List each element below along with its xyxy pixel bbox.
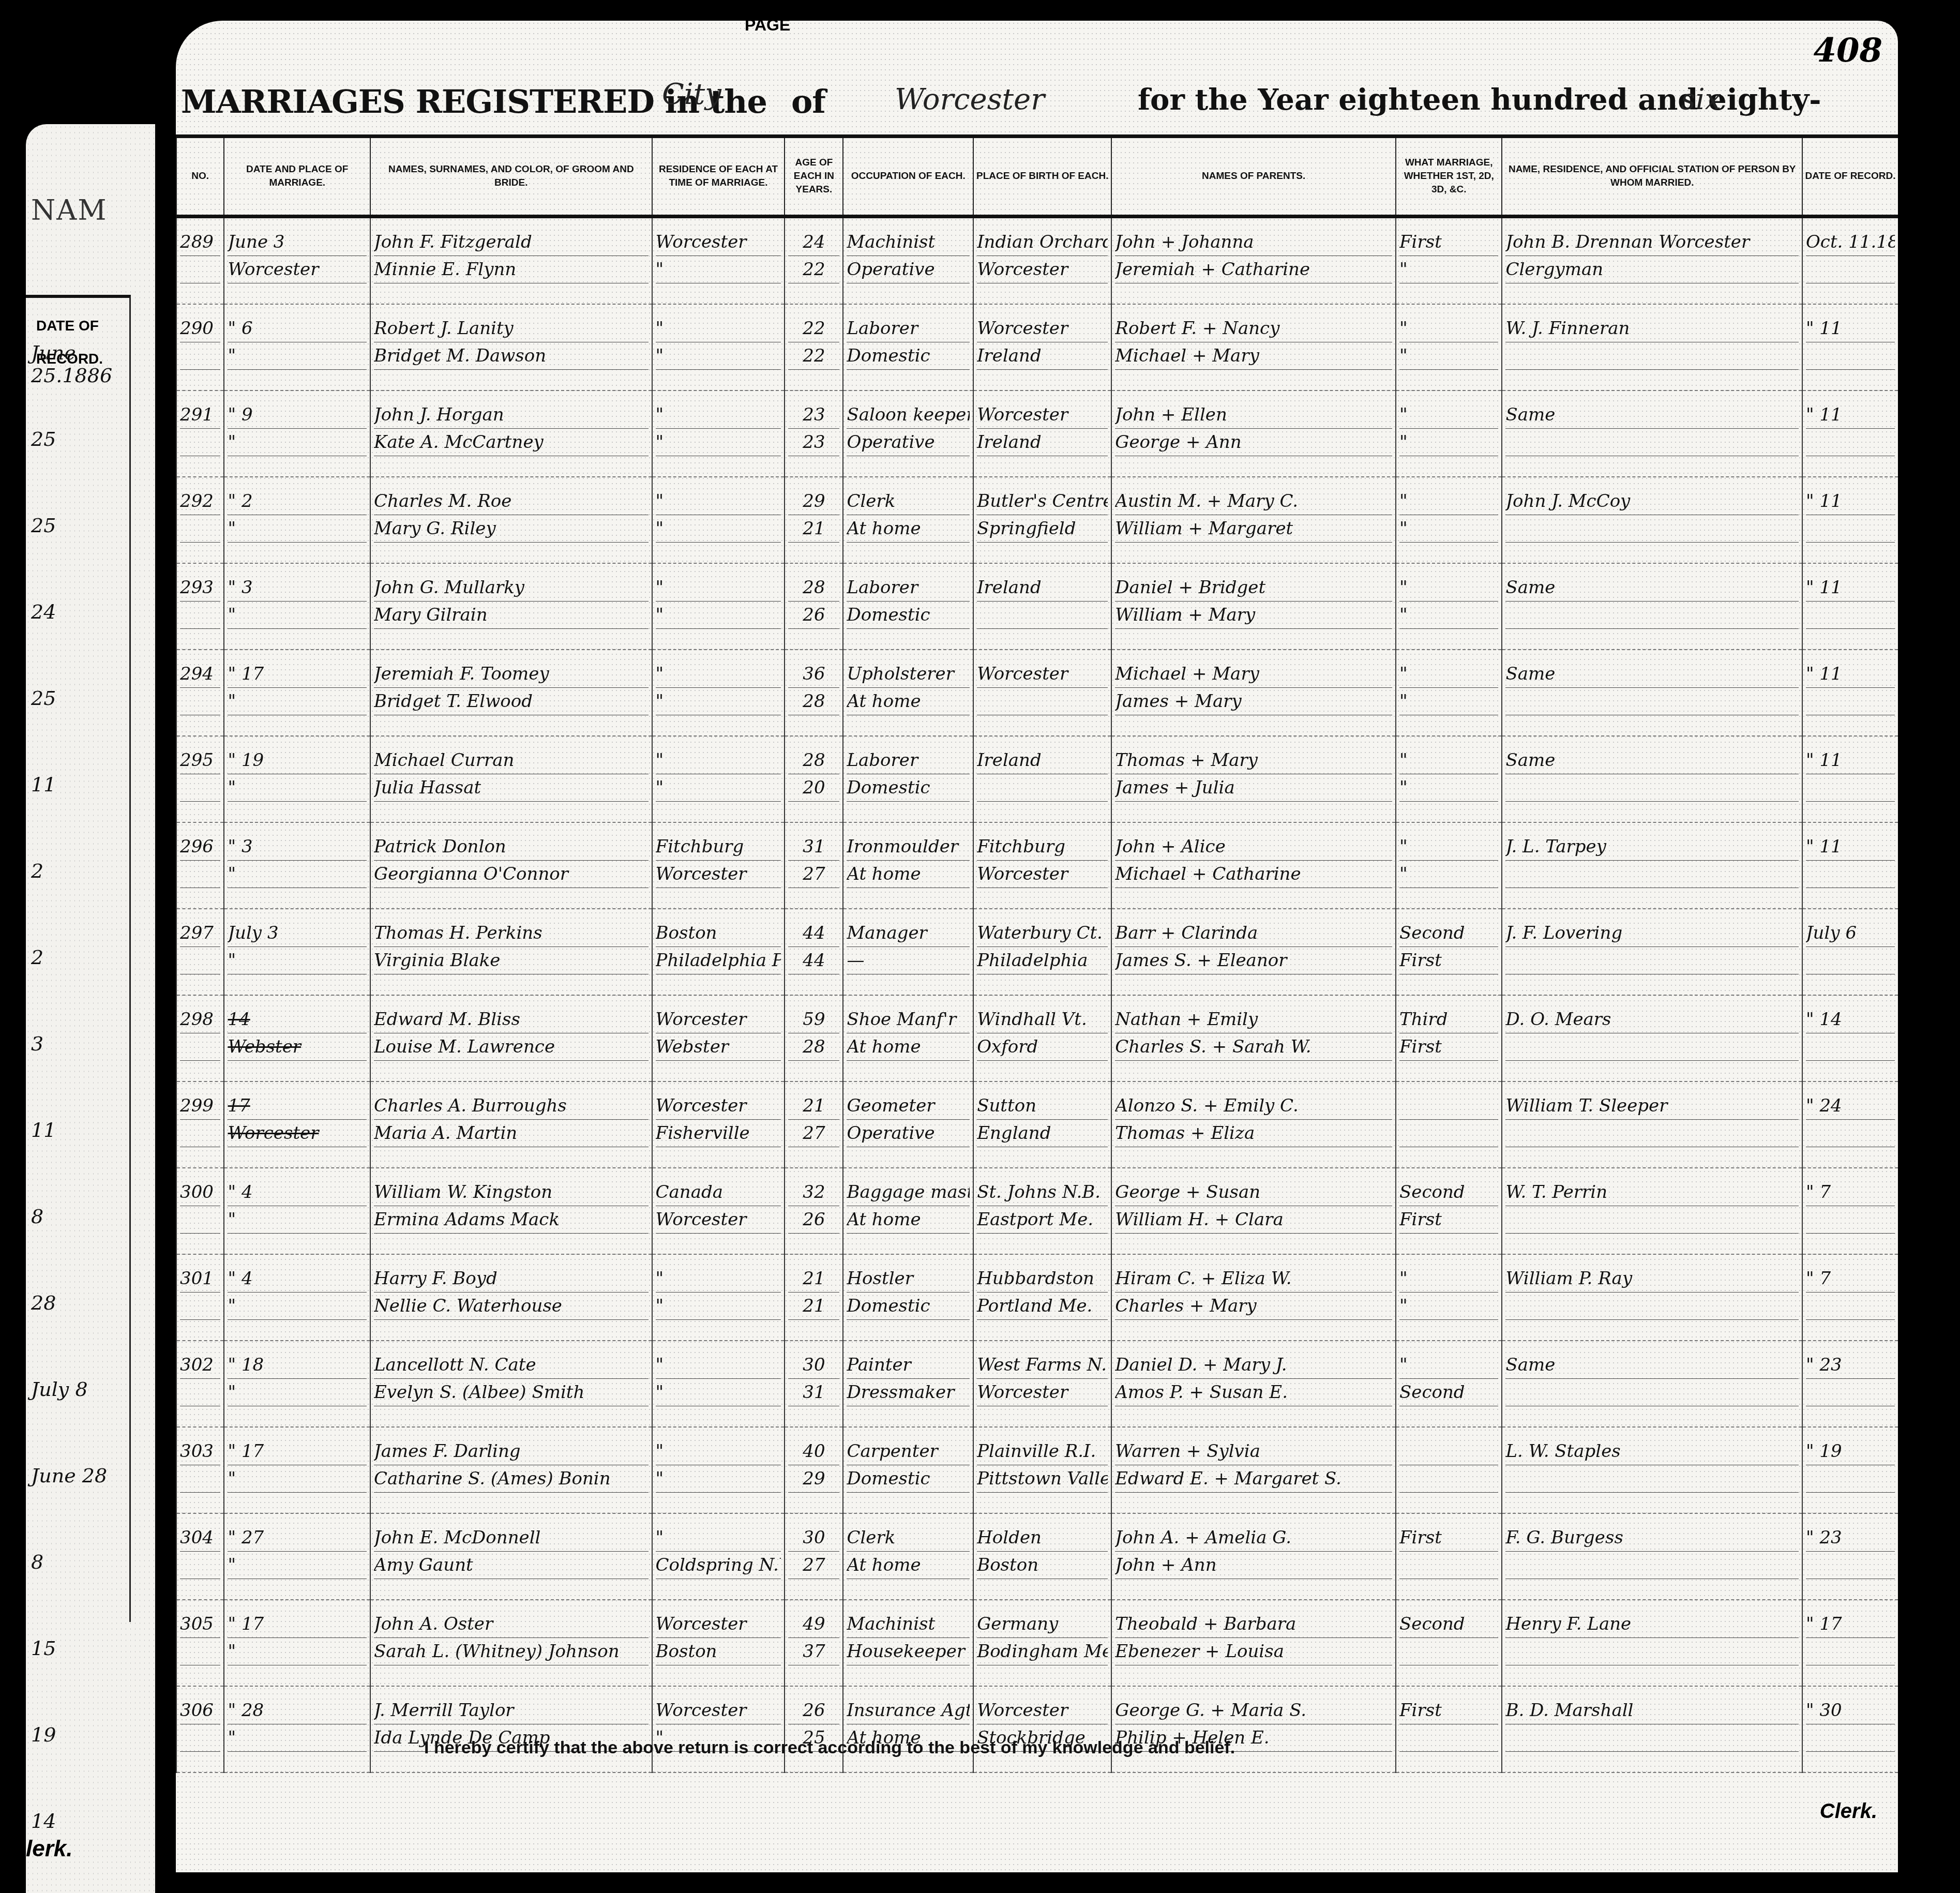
record-date-line-2 (1806, 256, 1895, 283)
cell-entry-number: 303 (176, 1427, 224, 1513)
residence-line-1: " (656, 488, 781, 515)
names-line-1: John E. McDonnell (374, 1524, 649, 1552)
table-row: 289June 3WorcesterJohn F. FitzgeraldMinn… (176, 217, 1898, 305)
cell-age: 2222 (785, 304, 843, 390)
occupation-line-2: Domestic (847, 342, 970, 370)
cell-what-marriage: "" (1396, 563, 1502, 650)
cell-birthplace: Waterbury Ct.Philadelphia (973, 909, 1111, 995)
left-page-record-date: 11 (31, 773, 56, 796)
cell-residence: "" (652, 563, 785, 650)
record-date-line-2 (1806, 861, 1895, 888)
date-place-line-1: " 4 (228, 1265, 367, 1293)
cell-parents: Hiram C. + Eliza W.Charles + Mary (1111, 1254, 1396, 1341)
entry-number-line-2 (180, 1638, 220, 1665)
table-row: 296" 3"Patrick DonlonGeorgianna O'Connor… (176, 822, 1898, 909)
what-marriage-line-1: " (1399, 315, 1498, 342)
cell-names: Robert J. LanityBridget M. Dawson (370, 304, 652, 390)
names-line-2: Maria A. Martin (374, 1120, 649, 1147)
parents-line-1: Barr + Clarinda (1115, 920, 1392, 947)
date-place-line-2: " (228, 1552, 367, 1579)
age-line-2: 22 (788, 256, 839, 283)
col-header-no: No. (176, 137, 224, 217)
date-place-line-1: " 17 (228, 660, 367, 688)
age-line-1: 30 (788, 1524, 839, 1552)
birthplace-line-2: Springfield (977, 515, 1108, 543)
cell-occupation: LaborerDomestic (843, 563, 973, 650)
left-page-record-date: 14 (31, 1810, 56, 1832)
cell-record-date: July 6 (1802, 909, 1898, 995)
occupation-line-2: Domestic (847, 1293, 970, 1320)
entry-number-line-2 (180, 256, 220, 283)
left-page-title-fragment: NAM (31, 194, 108, 227)
age-line-2: 26 (788, 602, 839, 629)
entry-number-line-1: 299 (180, 1092, 220, 1120)
left-page-record-date: 2 (31, 860, 43, 882)
date-place-line-2: " (228, 861, 367, 888)
age-line-2: 28 (788, 688, 839, 715)
names-line-1: Robert J. Lanity (374, 315, 649, 342)
cell-birthplace: SuttonEngland (973, 1081, 1111, 1168)
cell-names: Jeremiah F. ToomeyBridget T. Elwood (370, 650, 652, 736)
cell-birthplace: HubbardstonPortland Me. (973, 1254, 1111, 1341)
cell-date-place: " 3" (224, 822, 370, 909)
what-marriage-line-1: " (1399, 747, 1498, 774)
occupation-line-1: Machinist (847, 229, 970, 256)
residence-line-1: " (656, 747, 781, 774)
date-place-line-1: June 3 (228, 229, 367, 256)
what-marriage-line-2: " (1399, 602, 1498, 629)
names-line-1: Charles A. Burroughs (374, 1092, 649, 1120)
cell-age: 3127 (785, 822, 843, 909)
cell-parents: George + SusanWilliam H. + Clara (1111, 1168, 1396, 1254)
cell-age: 2323 (785, 390, 843, 477)
date-place-line-1: " 2 (228, 488, 367, 515)
cell-parents: Austin M. + Mary C.William + Margaret (1111, 477, 1396, 563)
cell-parents: Thomas + MaryJames + Julia (1111, 736, 1396, 822)
cell-record-date: " 11 (1802, 304, 1898, 390)
officiant-line-2 (1505, 947, 1799, 974)
officiant-line-2 (1505, 1638, 1799, 1665)
cell-entry-number: 296 (176, 822, 224, 909)
officiant-line-2 (1505, 602, 1799, 629)
what-marriage-line-1: Second (1399, 1611, 1498, 1638)
table-header-row: No. Date and Place of Marriage. Names, S… (176, 137, 1898, 217)
entry-number-line-2 (180, 947, 220, 974)
cell-names: John E. McDonnellAmy Gaunt (370, 1513, 652, 1600)
left-page-record-date: 11 (31, 1119, 56, 1141)
residence-line-1: Worcester (656, 1611, 781, 1638)
officiant-line-2 (1505, 429, 1799, 456)
date-place-line-2: " (228, 1293, 367, 1320)
what-marriage-line-2: Second (1399, 1379, 1498, 1406)
occupation-line-1: Carpenter (847, 1438, 970, 1465)
birthplace-line-2: Bodingham Me. (977, 1638, 1108, 1665)
cell-date-place: 14Webster (224, 995, 370, 1081)
table-row: 303" 17"James F. DarlingCatharine S. (Am… (176, 1427, 1898, 1513)
age-line-1: 24 (788, 229, 839, 256)
birthplace-line-1: Indian Orchard (977, 229, 1108, 256)
date-place-line-2: " (228, 1206, 367, 1234)
cell-names: William W. KingstonErmina Adams Mack (370, 1168, 652, 1254)
residence-line-1: Worcester (656, 1092, 781, 1120)
entry-number-line-2 (180, 429, 220, 456)
col-header-what-marriage: What Marriage, Whether 1st, 2d, 3d, &c. (1396, 137, 1502, 217)
table-row: 304" 27"John E. McDonnellAmy Gaunt"Colds… (176, 1513, 1898, 1600)
occupation-line-1: Laborer (847, 574, 970, 602)
officiant-line-1: W. T. Perrin (1505, 1179, 1799, 1206)
what-marriage-line-2 (1399, 1724, 1498, 1752)
record-date-line-1: " 19 (1806, 1438, 1895, 1465)
cell-occupation: GeometerOperative (843, 1081, 973, 1168)
cell-occupation: MachinistHousekeeper (843, 1600, 973, 1686)
record-date-line-2 (1806, 1033, 1895, 1061)
age-line-2: 31 (788, 1379, 839, 1406)
birthplace-line-2: Ireland (977, 342, 1108, 370)
cell-date-place: " 9" (224, 390, 370, 477)
occupation-line-1: Painter (847, 1351, 970, 1379)
cell-what-marriage (1396, 1427, 1502, 1513)
parents-line-2: Edward E. + Margaret S. (1115, 1465, 1392, 1493)
officiant-line-1: William T. Sleeper (1505, 1092, 1799, 1120)
cell-residence: "" (652, 1254, 785, 1341)
marriage-register-table: No. Date and Place of Marriage. Names, S… (176, 134, 1898, 1773)
date-place-line-1: 17 (228, 1092, 367, 1120)
folio-number: 408 (1813, 31, 1882, 70)
cell-what-marriage: SecondFirst (1396, 1168, 1502, 1254)
what-marriage-line-1: First (1399, 1524, 1498, 1552)
cell-parents: John + JohannaJeremiah + Catharine (1111, 217, 1396, 305)
age-line-2: 44 (788, 947, 839, 974)
cell-officiant: Same (1502, 736, 1802, 822)
names-line-2: Ermina Adams Mack (374, 1206, 649, 1234)
cell-birthplace: WorcesterStockbridge (973, 1686, 1111, 1772)
record-date-line-1: " 11 (1806, 488, 1895, 515)
left-page-record-date: 15 (31, 1637, 56, 1660)
cell-residence: "" (652, 304, 785, 390)
officiant-line-2: Clergyman (1505, 256, 1799, 283)
left-page-record-date: July 8 (31, 1378, 88, 1401)
residence-line-1: " (656, 574, 781, 602)
what-marriage-line-2 (1399, 1638, 1498, 1665)
cell-occupation: Baggage masterAt home (843, 1168, 973, 1254)
date-place-line-2: " (228, 1638, 367, 1665)
birthplace-line-1: Sutton (977, 1092, 1108, 1120)
cell-birthplace: WorcesterIreland (973, 304, 1111, 390)
names-line-2: Catharine S. (Ames) Bonin (374, 1465, 649, 1493)
age-line-2: 21 (788, 515, 839, 543)
names-line-1: Harry F. Boyd (374, 1265, 649, 1293)
cell-date-place: " 27" (224, 1513, 370, 1600)
officiant-line-1: John B. Drennan Worcester (1505, 229, 1799, 256)
parents-line-2: Charles + Mary (1115, 1293, 1392, 1320)
officiant-line-1: Same (1505, 660, 1799, 688)
record-date-line-1: " 23 (1806, 1351, 1895, 1379)
cell-occupation: Manager— (843, 909, 973, 995)
cell-parents: George G. + Maria S.Philip + Helen E. (1111, 1686, 1396, 1772)
cell-what-marriage: "" (1396, 1254, 1502, 1341)
cell-date-place: 17Worcester (224, 1081, 370, 1168)
col-header-residence: Residence of each at time of Marriage. (652, 137, 785, 217)
entry-number-line-2 (180, 861, 220, 888)
cell-entry-number: 292 (176, 477, 224, 563)
record-date-line-2 (1806, 1465, 1895, 1493)
cell-officiant: Same (1502, 563, 1802, 650)
parents-line-1: John + Alice (1115, 833, 1392, 861)
entry-number-line-1: 304 (180, 1524, 220, 1552)
cell-date-place: " 3" (224, 563, 370, 650)
date-place-line-2: Worcester (228, 256, 367, 283)
occupation-line-1: Insurance Agt. (847, 1697, 970, 1724)
col-header-occupation: Occupation of each. (843, 137, 973, 217)
what-marriage-line-1: First (1399, 1697, 1498, 1724)
cell-record-date: " 30 (1802, 1686, 1898, 1772)
record-date-line-2 (1806, 947, 1895, 974)
birthplace-line-2: Ireland (977, 429, 1108, 456)
age-line-2: 29 (788, 1465, 839, 1493)
cell-entry-number: 304 (176, 1513, 224, 1600)
officiant-line-1: B. D. Marshall (1505, 1697, 1799, 1724)
date-place-line-1: " 19 (228, 747, 367, 774)
cell-entry-number: 293 (176, 563, 224, 650)
names-line-1: John A. Oster (374, 1611, 649, 1638)
cell-occupation: Shoe Manf'rAt home (843, 995, 973, 1081)
date-place-line-1: July 3 (228, 920, 367, 947)
cell-officiant: Same (1502, 650, 1802, 736)
what-marriage-line-1: " (1399, 833, 1498, 861)
cell-birthplace: West Farms N.Y.Worcester (973, 1341, 1111, 1427)
cell-age: 2625 (785, 1686, 843, 1772)
parents-line-1: Michael + Mary (1115, 660, 1392, 688)
officiant-line-2 (1505, 861, 1799, 888)
cell-record-date: " 17 (1802, 1600, 1898, 1686)
occupation-line-2: Operative (847, 1120, 970, 1147)
cell-age: 2820 (785, 736, 843, 822)
officiant-line-1: J. F. Lovering (1505, 920, 1799, 947)
cell-residence: WorcesterWebster (652, 995, 785, 1081)
cell-parents: Alonzo S. + Emily C.Thomas + Eliza (1111, 1081, 1396, 1168)
entry-number-line-1: 300 (180, 1179, 220, 1206)
record-date-line-1: " 7 (1806, 1265, 1895, 1293)
parents-line-2: William + Margaret (1115, 515, 1392, 543)
cell-occupation: Insurance Agt.At home (843, 1686, 973, 1772)
record-date-line-1: " 11 (1806, 747, 1895, 774)
names-line-1: Lancellott N. Cate (374, 1351, 649, 1379)
cell-what-marriage: ThirdFirst (1396, 995, 1502, 1081)
cell-officiant: J. F. Lovering (1502, 909, 1802, 995)
residence-line-1: Boston (656, 920, 781, 947)
cell-names: J. Merrill TaylorIda Lynde De Camp (370, 1686, 652, 1772)
age-line-1: 49 (788, 1611, 839, 1638)
parents-line-2: Ebenezer + Louisa (1115, 1638, 1392, 1665)
cell-record-date: " 7 (1802, 1168, 1898, 1254)
parents-line-1: George G. + Maria S. (1115, 1697, 1392, 1724)
age-line-1: 28 (788, 574, 839, 602)
officiant-line-1: Same (1505, 401, 1799, 429)
table-row: 300" 4"William W. KingstonErmina Adams M… (176, 1168, 1898, 1254)
date-place-line-2: Worcester (228, 1120, 367, 1147)
cell-names: James F. DarlingCatharine S. (Ames) Boni… (370, 1427, 652, 1513)
record-date-line-2 (1806, 774, 1895, 802)
cell-occupation: ClerkAt home (843, 1513, 973, 1600)
cell-entry-number: 297 (176, 909, 224, 995)
cell-names: John A. OsterSarah L. (Whitney) Johnson (370, 1600, 652, 1686)
cell-entry-number: 305 (176, 1600, 224, 1686)
names-line-2: Virginia Blake (374, 947, 649, 974)
what-marriage-line-1: " (1399, 1265, 1498, 1293)
parents-line-2: Jeremiah + Catharine (1115, 256, 1392, 283)
cell-age: 4029 (785, 1427, 843, 1513)
cell-birthplace: Plainville R.I.Pittstown Valley (973, 1427, 1111, 1513)
birthplace-line-2: Portland Me. (977, 1293, 1108, 1320)
names-line-1: John F. Fitzgerald (374, 229, 649, 256)
cell-officiant: W. J. Finneran (1502, 304, 1802, 390)
cell-what-marriage: First (1396, 1686, 1502, 1772)
birthplace-line-1: Worcester (977, 1697, 1108, 1724)
cell-officiant: F. G. Burgess (1502, 1513, 1802, 1600)
cell-parents: Nathan + EmilyCharles S. + Sarah W. (1111, 995, 1396, 1081)
entry-number-line-1: 306 (180, 1697, 220, 1724)
age-line-1: 30 (788, 1351, 839, 1379)
entry-number-line-2 (180, 602, 220, 629)
cell-names: John J. HorganKate A. McCartney (370, 390, 652, 477)
residence-line-2: " (656, 1465, 781, 1493)
cell-record-date: " 11 (1802, 477, 1898, 563)
entry-number-line-1: 295 (180, 747, 220, 774)
what-marriage-line-2: " (1399, 342, 1498, 370)
cell-occupation: LaborerDomestic (843, 736, 973, 822)
left-page-clerk-fragment: lerk. (26, 1836, 73, 1862)
cell-parents: John + AliceMichael + Catharine (1111, 822, 1396, 909)
cell-residence: "" (652, 477, 785, 563)
what-marriage-line-2: " (1399, 774, 1498, 802)
residence-line-1: " (656, 1351, 781, 1379)
age-line-2: 21 (788, 1293, 839, 1320)
cell-parents: Michael + MaryJames + Mary (1111, 650, 1396, 736)
entry-number-line-2 (180, 1465, 220, 1493)
occupation-line-2: — (847, 947, 970, 974)
date-place-line-2: " (228, 1379, 367, 1406)
left-page-record-date: 8 (31, 1205, 43, 1228)
residence-line-1: " (656, 1524, 781, 1552)
cell-residence: CanadaWorcester (652, 1168, 785, 1254)
residence-line-2: " (656, 1293, 781, 1320)
names-line-1: Edward M. Bliss (374, 1006, 649, 1033)
cell-record-date: " 11 (1802, 736, 1898, 822)
cell-officiant: L. W. Staples (1502, 1427, 1802, 1513)
cell-names: Patrick DonlonGeorgianna O'Connor (370, 822, 652, 909)
age-line-1: 31 (788, 833, 839, 861)
officiant-line-2 (1505, 1206, 1799, 1234)
birthplace-line-1: Butler's Centre N.Y. (977, 488, 1108, 515)
cell-age: 2826 (785, 563, 843, 650)
occupation-line-1: Clerk (847, 1524, 970, 1552)
cell-age: 3031 (785, 1341, 843, 1427)
names-line-1: Thomas H. Perkins (374, 920, 649, 947)
cell-officiant: John B. Drennan WorcesterClergyman (1502, 217, 1802, 305)
age-line-1: 26 (788, 1697, 839, 1724)
age-line-1: 44 (788, 920, 839, 947)
cell-officiant: Henry F. Lane (1502, 1600, 1802, 1686)
cell-date-place: " 2" (224, 477, 370, 563)
names-line-2: Bridget M. Dawson (374, 342, 649, 370)
cell-parents: Robert F. + NancyMichael + Mary (1111, 304, 1396, 390)
birthplace-line-2 (977, 774, 1108, 802)
officiant-line-2 (1505, 1724, 1799, 1752)
table-row: 293" 3"John G. MullarkyMary Gilrain""282… (176, 563, 1898, 650)
birthplace-line-1: Windhall Vt. (977, 1006, 1108, 1033)
date-place-line-1: " 28 (228, 1697, 367, 1724)
cell-date-place: " 4" (224, 1168, 370, 1254)
title-city: Worcester (895, 83, 1045, 116)
cell-birthplace: Butler's Centre N.Y.Springfield (973, 477, 1111, 563)
occupation-line-1: Baggage master (847, 1179, 970, 1206)
names-line-1: J. Merrill Taylor (374, 1697, 649, 1724)
residence-line-1: " (656, 401, 781, 429)
cell-date-place: July 3" (224, 909, 370, 995)
what-marriage-line-1: " (1399, 1351, 1498, 1379)
cell-names: Lancellott N. CateEvelyn S. (Albee) Smit… (370, 1341, 652, 1427)
cell-residence: "" (652, 1341, 785, 1427)
cell-names: Michael CurranJulia Hassat (370, 736, 652, 822)
names-line-2: Minnie E. Flynn (374, 256, 649, 283)
left-page-record-date: 24 (31, 600, 56, 623)
occupation-line-1: Upholsterer (847, 660, 970, 688)
date-place-line-1: " 3 (228, 574, 367, 602)
cell-officiant: B. D. Marshall (1502, 1686, 1802, 1772)
age-line-2: 27 (788, 861, 839, 888)
col-header-date-place: Date and Place of Marriage. (224, 137, 370, 217)
birthplace-line-1: West Farms N.Y. (977, 1351, 1108, 1379)
cell-birthplace: GermanyBodingham Me. (973, 1600, 1111, 1686)
cell-birthplace: Ireland (973, 736, 1111, 822)
officiant-line-1: F. G. Burgess (1505, 1524, 1799, 1552)
residence-line-2: " (656, 342, 781, 370)
cell-birthplace: HoldenBoston (973, 1513, 1111, 1600)
cell-residence: Worcester" (652, 1686, 785, 1772)
birthplace-line-1: Worcester (977, 315, 1108, 342)
age-line-1: 32 (788, 1179, 839, 1206)
residence-line-1: " (656, 315, 781, 342)
cell-date-place: " 17" (224, 1427, 370, 1513)
what-marriage-line-2: " (1399, 1293, 1498, 1320)
cell-parents: Theobald + BarbaraEbenezer + Louisa (1111, 1600, 1396, 1686)
occupation-line-1: Saloon keeper (847, 401, 970, 429)
age-line-2: 26 (788, 1206, 839, 1234)
entry-number-line-1: 294 (180, 660, 220, 688)
residence-line-2: " (656, 515, 781, 543)
birthplace-line-2: Worcester (977, 256, 1108, 283)
age-line-2: 27 (788, 1120, 839, 1147)
cell-record-date: " 7 (1802, 1254, 1898, 1341)
officiant-line-2 (1505, 1379, 1799, 1406)
date-place-line-1: " 18 (228, 1351, 367, 1379)
cell-occupation: IronmoulderAt home (843, 822, 973, 909)
officiant-line-2 (1505, 515, 1799, 543)
left-page-record-date: 25 (31, 687, 56, 710)
entry-number-line-2 (180, 688, 220, 715)
what-marriage-line-2 (1399, 1465, 1498, 1493)
residence-line-2: Fisherville (656, 1120, 781, 1147)
date-place-line-2: " (228, 342, 367, 370)
cell-residence: FitchburgWorcester (652, 822, 785, 909)
cell-date-place: " 19" (224, 736, 370, 822)
cell-age: 2422 (785, 217, 843, 305)
birthplace-line-2: Boston (977, 1552, 1108, 1579)
cell-parents: Daniel D. + Mary J.Amos P. + Susan E. (1111, 1341, 1396, 1427)
age-line-1: 21 (788, 1092, 839, 1120)
birthplace-line-1: Fitchburg (977, 833, 1108, 861)
cell-what-marriage: "" (1396, 650, 1502, 736)
